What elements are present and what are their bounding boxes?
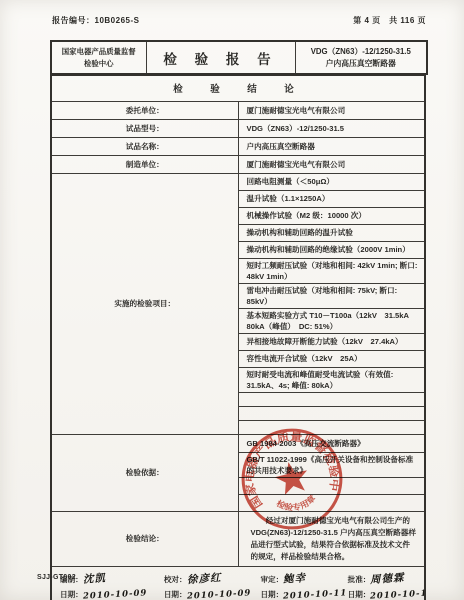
model-number: VDG（ZN63）-12/1250-31.5 bbox=[300, 46, 423, 58]
basis-item-empty bbox=[238, 494, 425, 511]
client-value: 厦门施耐德宝光电气有限公司 bbox=[238, 101, 425, 119]
document-body: 国家电器产品质量监督 检验中心 检 验 报 告 VDG（ZN63）-12/125… bbox=[50, 40, 426, 600]
sample-name-label: 试品名称： bbox=[51, 137, 238, 155]
product-name: 户内高压真空断路器 bbox=[300, 58, 423, 70]
test-item: 短时耐受电流和峰值耐受电流试验（有效值: 31.5kA、4s; 峰值: 80kA… bbox=[238, 367, 425, 392]
test-item: 异相接地故障开断能力试验（12kV 27.4kA） bbox=[238, 333, 425, 350]
conclusion-cell: 经过对厦门施耐德宝光电气有限公司生产的 VDG(ZN63)-12/1250-31… bbox=[238, 511, 425, 567]
conclusion-table: 检 验 结 论 委托单位： 厦门施耐德宝光电气有限公司 试品型号： VDG（ZN… bbox=[50, 74, 426, 600]
report-page: 报告编号：10B0265-S 第 4 页 共 116 页 国家电器产品质量监督 … bbox=[0, 0, 464, 600]
test-item: 机械操作试验（M2 级：10000 次） bbox=[238, 207, 425, 224]
prepared-date-label: 日期： bbox=[60, 590, 83, 599]
sample-model-value: VDG（ZN63）-12/1250-31.5 bbox=[238, 119, 425, 137]
test-item-empty bbox=[238, 392, 425, 406]
test-items-label: 实施的检验项目： bbox=[51, 173, 238, 434]
reviewed-date-label: 日期： bbox=[260, 590, 283, 599]
prepared-date: 2010-10-09 bbox=[83, 589, 148, 600]
reviewed-signature: 鲍幸 bbox=[283, 571, 307, 588]
basis-item: GB 1984-2003《高压交流断路器》 bbox=[238, 434, 425, 452]
basis-item: GB/T 11022-1999《高压开关设备和控制设备标准的共用技术要求》 bbox=[238, 452, 425, 477]
client-label: 委托单位： bbox=[51, 101, 238, 119]
page-info: 第 4 页 共 116 页 bbox=[353, 15, 426, 26]
basis-label: 检验依据： bbox=[51, 434, 238, 511]
section-title: 检 验 结 论 bbox=[51, 75, 425, 101]
checked-label: 校对： bbox=[164, 575, 187, 584]
approved-label: 批准： bbox=[348, 575, 371, 584]
report-title: 检 验 报 告 bbox=[146, 41, 295, 74]
signature-block-approved: 批准：周德霖 日期：2010-10-11 bbox=[348, 571, 425, 600]
model-cell: VDG（ZN63）-12/1250-31.5 户内高压真空断路器 bbox=[295, 41, 427, 74]
conclusion-label: 检验结论： bbox=[51, 511, 238, 567]
sample-name-value: 户内高压真空断路器 bbox=[238, 137, 425, 155]
conclusion-text: 经过对厦门施耐德宝光电气有限公司生产的 VDG(ZN63)-12/1250-31… bbox=[251, 515, 417, 564]
report-number-label: 报告编号： bbox=[52, 16, 95, 25]
test-item: 雷电冲击耐压试验（对地和相间: 75kV; 断口: 85kV） bbox=[238, 283, 425, 308]
report-number: 报告编号：10B0265-S bbox=[52, 15, 139, 26]
basis-item-empty bbox=[238, 477, 425, 494]
signature-blocks: 编制：沈凯 日期：2010-10-09 校对：徐彦红 日期：2010-10-09… bbox=[60, 571, 418, 600]
report-number-value: 10B0265-S bbox=[95, 16, 140, 25]
test-item: 回路电阻测量（＜50μΩ） bbox=[238, 173, 425, 190]
reviewed-label: 审定： bbox=[260, 575, 283, 584]
header-table: 国家电器产品质量监督 检验中心 检 验 报 告 VDG（ZN63）-12/125… bbox=[50, 40, 428, 75]
test-item: 温升试验（1.1×1250A） bbox=[238, 190, 425, 207]
test-item-empty bbox=[238, 420, 425, 434]
issuing-org-line2: 检验中心 bbox=[56, 58, 142, 69]
test-item: 容性电流开合试验（12kV 25A） bbox=[238, 350, 425, 367]
checked-signature: 徐彦红 bbox=[186, 570, 221, 587]
manufacturer-label: 制造单位： bbox=[51, 155, 238, 173]
approved-date: 2010-10-11 bbox=[370, 589, 425, 600]
signature-block-reviewed: 审定：鲍幸 日期：2010-10-11 bbox=[260, 571, 347, 600]
manufacturer-value: 厦门施耐德宝光电气有限公司 bbox=[238, 155, 425, 173]
issuing-org-line1: 国家电器产品质量监督 bbox=[56, 46, 142, 57]
approved-signature: 周德霖 bbox=[370, 570, 405, 587]
test-item: 操动机构和辅助回路的温升试验 bbox=[238, 224, 425, 241]
signature-block-checked: 校对：徐彦红 日期：2010-10-09 bbox=[164, 571, 261, 600]
sample-model-label: 试品型号： bbox=[51, 119, 238, 137]
test-item-empty bbox=[238, 406, 425, 420]
signature-row: 编制：沈凯 日期：2010-10-09 校对：徐彦红 日期：2010-10-09… bbox=[51, 567, 425, 600]
issuing-org-cell: 国家电器产品质量监督 检验中心 bbox=[51, 41, 146, 74]
test-item: 操动机构和辅助回路的绝缘试验（2000V 1min） bbox=[238, 241, 425, 258]
checked-date: 2010-10-09 bbox=[186, 589, 251, 600]
prepared-signature: 沈凯 bbox=[82, 571, 106, 588]
reviewed-date: 2010-10-11 bbox=[283, 589, 348, 600]
test-item: 基本短路实验方式 T10－T100a（12kV 31.5kA 80kA（峰值） … bbox=[238, 308, 425, 333]
test-item: 短时工频耐压试验（对地和相间: 42kV 1min; 断口: 48kV 1min… bbox=[238, 258, 425, 283]
checked-date-label: 日期： bbox=[164, 590, 187, 599]
approved-date-label: 日期： bbox=[348, 590, 371, 599]
page-meta: 报告编号：10B0265-S 第 4 页 共 116 页 bbox=[52, 15, 426, 26]
form-code: SJJ-GT002 bbox=[37, 574, 76, 581]
